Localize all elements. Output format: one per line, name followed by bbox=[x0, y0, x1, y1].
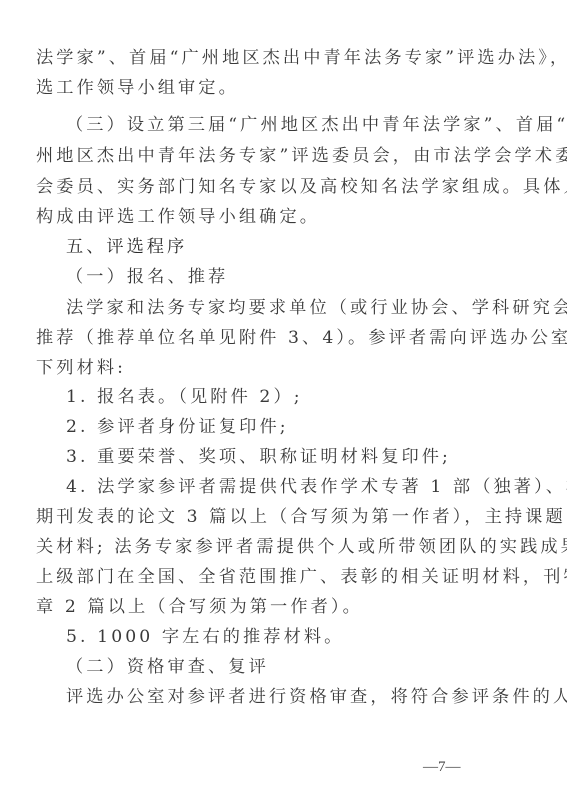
body-text-line: 法学家”、首届“广州地区杰出中青年法务专家”评选办法》，报评 bbox=[36, 48, 567, 68]
section-heading: 五、评选程序 bbox=[66, 237, 187, 257]
list-item: 3. 重要荣誉、奖项、职称证明材料复印件; bbox=[66, 447, 451, 467]
body-text-line: 期刊发表的论文 3 篇以上（合写须为第一作者），主持课题的相 bbox=[36, 507, 567, 527]
subsection-heading: （一）报名、推荐 bbox=[66, 267, 228, 287]
body-text-line: 推荐（推荐单位名单见附件 3、4）。参评者需向评选办公室报送 bbox=[36, 328, 567, 348]
subsection-heading: （二）资格审查、复评 bbox=[66, 657, 269, 677]
body-text-line: 构成由评选工作领导小组确定。 bbox=[36, 207, 320, 227]
body-text-line: 法学家和法务专家均要求单位（或行业协会、学科研究会） bbox=[66, 298, 567, 318]
body-text-line: 会委员、实务部门知名专家以及高校知名法学家组成。具体人员 bbox=[36, 177, 567, 197]
body-text-line: 选工作领导小组审定。 bbox=[36, 78, 239, 98]
subsection-paragraph: （三）设立第三届“广州地区杰出中青年法学家”、首届“广 bbox=[66, 115, 567, 135]
page-number: —7— bbox=[423, 759, 461, 776]
body-text-line: 评选办公室对参评者进行资格审查，将符合参评条件的人选 bbox=[66, 687, 567, 707]
list-item: 5. 1000 字左右的推荐材料。 bbox=[66, 627, 344, 647]
body-text-line: 上级部门在全国、全省范围推广、表彰的相关证明材料，刊物文 bbox=[36, 567, 567, 587]
body-text-line: 章 2 篇以上（合写须为第一作者）。 bbox=[36, 597, 363, 617]
body-text-line: 州地区杰出中青年法务专家”评选委员会，由市法学会学术委员 bbox=[36, 146, 567, 166]
body-text-line: 关材料; 法务专家参评者需提供个人或所带领团队的实践成果被 bbox=[36, 537, 567, 557]
body-text-line: 下列材料: bbox=[36, 358, 126, 378]
list-item: 1. 报名表。（见附件 2）; bbox=[66, 387, 303, 407]
list-item: 2. 参评者身份证复印件; bbox=[66, 417, 289, 437]
list-item: 4. 法学家参评者需提供代表作学术专著 1 部（独著）、核心 bbox=[66, 477, 567, 497]
